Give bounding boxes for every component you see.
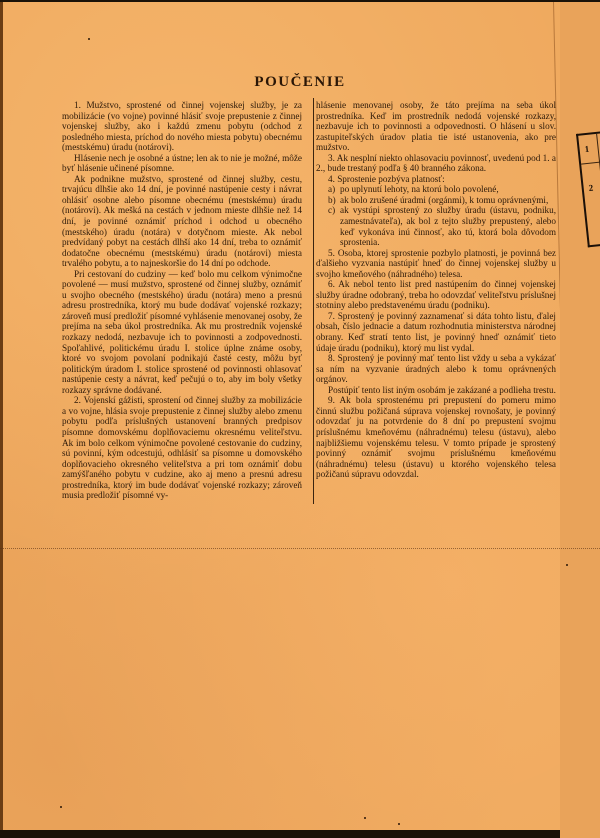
paragraph: Hlásenie nech je osobné a ústne; len ak … xyxy=(62,153,302,174)
box-number-2: 2 xyxy=(588,183,594,193)
attached-form-strip xyxy=(560,2,600,838)
list-label: a) xyxy=(328,184,335,195)
list-label: c) xyxy=(328,205,335,216)
paragraph: Ak podnikne mužstvo, sprostené od činnej… xyxy=(62,174,302,269)
paragraph: 5. Osoba, ktorej sprostenie pozbylo plat… xyxy=(316,248,556,280)
list-text: ak bolo zrušené úradmi (orgánmi), k tomu… xyxy=(340,195,548,205)
list-label: b) xyxy=(328,195,336,206)
paragraph: 9. Ak bola sprostenému pri prepustení do… xyxy=(316,395,556,479)
paper-speck xyxy=(364,817,366,819)
left-column: 1. Mužstvo, sprostené od činnej vojenske… xyxy=(62,100,302,501)
paragraph: 6. Ak nebol tento list pred nastúpením d… xyxy=(316,279,556,311)
paragraph: Postúpiť tento list iným osobám je zakáz… xyxy=(316,385,556,396)
paragraph: 1. Mužstvo, sprostené od činnej vojenske… xyxy=(62,100,302,153)
paper-speck xyxy=(88,38,90,40)
list-item: c)ak vystúpi sprostený zo služby úradu (… xyxy=(316,205,556,247)
paragraph-continuation: hlásenie menovanej osoby, že táto prejím… xyxy=(316,100,556,153)
list-item: b)ak bolo zrušené úradmi (orgánmi), k to… xyxy=(316,195,556,206)
paragraph: Pri cestovaní do cudziny — keď bolo mu c… xyxy=(62,269,302,396)
perforation-line xyxy=(0,548,600,549)
document-page: 1 2 POUČENIE 1. Mužstvo, sprostené od či… xyxy=(0,2,600,830)
paragraph: 3. Ak nesplní niekto ohlasovaciu povinno… xyxy=(316,153,556,174)
paragraph: 2. Vojenskí gážisti, sprostení od činnej… xyxy=(62,395,302,500)
right-column: hlásenie menovanej osoby, že táto prejím… xyxy=(316,100,556,480)
list-text: po uplynutí lehoty, na ktorú bolo povole… xyxy=(340,184,499,194)
paragraph: 4. Sprostenie pozbýva platnosť: xyxy=(316,174,556,185)
list-text: ak vystúpi sprostený zo služby úradu (ús… xyxy=(340,205,556,247)
paragraph: 8. Sprostený je povinný mať tento list v… xyxy=(316,353,556,385)
paper-speck xyxy=(566,564,568,566)
paragraph: 7. Sprostený je povinný zaznamenať si dá… xyxy=(316,311,556,353)
list-item: a)po uplynutí lehoty, na ktorú bolo povo… xyxy=(316,184,556,195)
paper-speck xyxy=(60,806,62,808)
column-divider xyxy=(313,98,314,504)
page-edge xyxy=(0,2,3,830)
paper-speck xyxy=(398,823,400,825)
box-number-1: 1 xyxy=(584,144,590,154)
document-title: POUČENIE xyxy=(0,74,600,91)
